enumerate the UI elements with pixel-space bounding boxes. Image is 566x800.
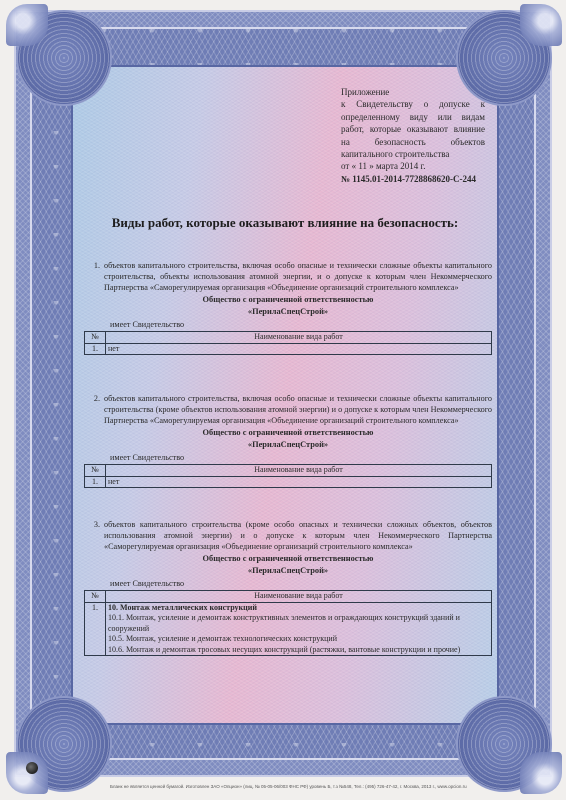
- org-name-line2: «ПерилаСпецСтрой»: [84, 565, 492, 577]
- has-certificate-label: имеет Свидетельство: [84, 578, 492, 589]
- appendix-line: Приложение: [341, 86, 485, 98]
- table-row: 1. нет: [85, 343, 492, 355]
- row-name: нет: [106, 343, 492, 355]
- document-content: Приложение к Свидетельству о допуске к о…: [0, 0, 566, 800]
- section-text: объектов капитального строительства, вкл…: [104, 393, 492, 427]
- page-title: Виды работ, которые оказывают влияние на…: [73, 215, 497, 231]
- section-number: 2.: [84, 393, 104, 427]
- col-header-number: №: [85, 331, 106, 343]
- col-header-name: Наименование вида работ: [106, 464, 492, 476]
- work-entry: 10.5. Монтаж, усиление и демонтаж технол…: [108, 634, 489, 645]
- section-text: объектов капитального строительства (кро…: [104, 519, 492, 553]
- work-entry: 10.1. Монтаж, усиление и демонтаж констр…: [108, 613, 489, 634]
- col-header-number: №: [85, 590, 106, 602]
- appendix-line: на безопасность объектов: [341, 136, 485, 148]
- work-group-title: 10. Монтаж металлических конструкций: [108, 603, 489, 614]
- row-number: 1.: [85, 476, 106, 488]
- section-text: объектов капитального строительства, вкл…: [104, 260, 492, 294]
- appendix-line: работ, которые оказывают влияние: [341, 123, 485, 135]
- section-number: 1.: [84, 260, 104, 294]
- appendix-line: к Свидетельству о допуске к: [341, 98, 485, 110]
- row-name: нет: [106, 476, 492, 488]
- works-table: № Наименование вида работ 1. 10. Монтаж …: [84, 590, 492, 657]
- org-name-line1: Общество с ограниченной ответственностью: [84, 427, 492, 439]
- certificate-number: № 1145.01-2014-7728868620-С-244: [341, 173, 485, 185]
- col-header-name: Наименование вида работ: [106, 590, 492, 602]
- table-row: 1. нет: [85, 476, 492, 488]
- works-table: № Наименование вида работ 1. нет: [84, 464, 492, 489]
- col-header-name: Наименование вида работ: [106, 331, 492, 343]
- appendix-block: Приложение к Свидетельству о допуске к о…: [341, 86, 485, 185]
- works-table: № Наименование вида работ 1. нет: [84, 331, 492, 356]
- section-number: 3.: [84, 519, 104, 553]
- section-3: 3. объектов капитального строительства (…: [84, 519, 492, 656]
- appendix-line: определенному виду или видам: [341, 111, 485, 123]
- org-name-line2: «ПерилаСпецСтрой»: [84, 439, 492, 451]
- work-entry: 10.6. Монтаж и демонтаж тросовых несущих…: [108, 645, 489, 656]
- section-item: 1. объектов капитального строительства, …: [84, 260, 492, 294]
- appendix-line: капитального строительства: [341, 148, 485, 160]
- org-name-line1: Общество с ограниченной ответственностью: [84, 294, 492, 306]
- row-number: 1.: [85, 602, 106, 656]
- row-number: 1.: [85, 343, 106, 355]
- section-item: 2. объектов капитального строительства, …: [84, 393, 492, 427]
- section-2: 2. объектов капитального строительства, …: [84, 393, 492, 488]
- section-item: 3. объектов капитального строительства (…: [84, 519, 492, 553]
- row-works-list: 10. Монтаж металлических конструкций 10.…: [106, 602, 492, 656]
- has-certificate-label: имеет Свидетельство: [84, 319, 492, 330]
- org-name-line2: «ПерилаСпецСтрой»: [84, 306, 492, 318]
- has-certificate-label: имеет Свидетельство: [84, 452, 492, 463]
- col-header-number: №: [85, 464, 106, 476]
- table-row: 1. 10. Монтаж металлических конструкций …: [85, 602, 492, 656]
- appendix-date: от « 11 » марта 2014 г.: [341, 160, 485, 172]
- section-1: 1. объектов капитального строительства, …: [84, 260, 492, 355]
- org-name-line1: Общество с ограниченной ответственностью: [84, 553, 492, 565]
